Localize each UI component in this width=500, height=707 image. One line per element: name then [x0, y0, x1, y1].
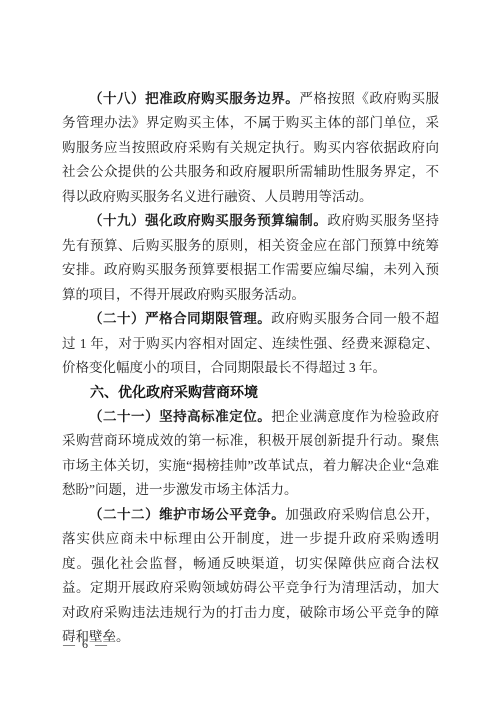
page-number: — 6 —	[63, 637, 109, 652]
item-22-title: （二十二）维护市场公平竞争。	[89, 507, 285, 522]
item-18-title: （十八）把准政府购买服务边界。	[89, 91, 299, 106]
paragraph-item-19: （十九）强化政府购买服务预算编制。政府购买服务坚持先有预算、后购买服务的原则，相…	[62, 209, 439, 307]
item-22-text: 加强政府采购信息公开，落实供应商未中标理由公开制度，进一步提升政府采购透明度。强…	[62, 507, 439, 644]
item-18-text: 严格按照《政府购买服务管理办法》界定购买主体，不属于购买主体的部门单位，采购服务…	[62, 91, 439, 204]
item-20-title: （二十）严格合同期限管理。	[89, 311, 271, 326]
section-heading-6: 六、优化政府采购营商环境	[62, 380, 439, 404]
paragraph-item-20: （二十）严格合同期限管理。政府购买服务合同一般不超过 1 年，对于购买内容相对固…	[62, 307, 439, 380]
paragraph-item-18: （十八）把准政府购买服务边界。严格按照《政府购买服务管理办法》界定购买主体，不属…	[62, 87, 439, 209]
document-page: （十八）把准政府购买服务边界。严格按照《政府购买服务管理办法》界定购买主体，不属…	[0, 0, 500, 707]
item-19-title: （十九）强化政府购买服务预算编制。	[89, 213, 327, 228]
paragraph-item-22: （二十二）维护市场公平竞争。加强政府采购信息公开，落实供应商未中标理由公开制度，…	[62, 503, 439, 650]
document-body: （十八）把准政府购买服务边界。严格按照《政府购买服务管理办法》界定购买主体，不属…	[62, 87, 439, 649]
item-21-title: （二十一）坚持高标准定位。	[89, 409, 271, 424]
paragraph-item-21: （二十一）坚持高标准定位。把企业满意度作为检验政府采购营商环境成效的第一标准，积…	[62, 405, 439, 503]
